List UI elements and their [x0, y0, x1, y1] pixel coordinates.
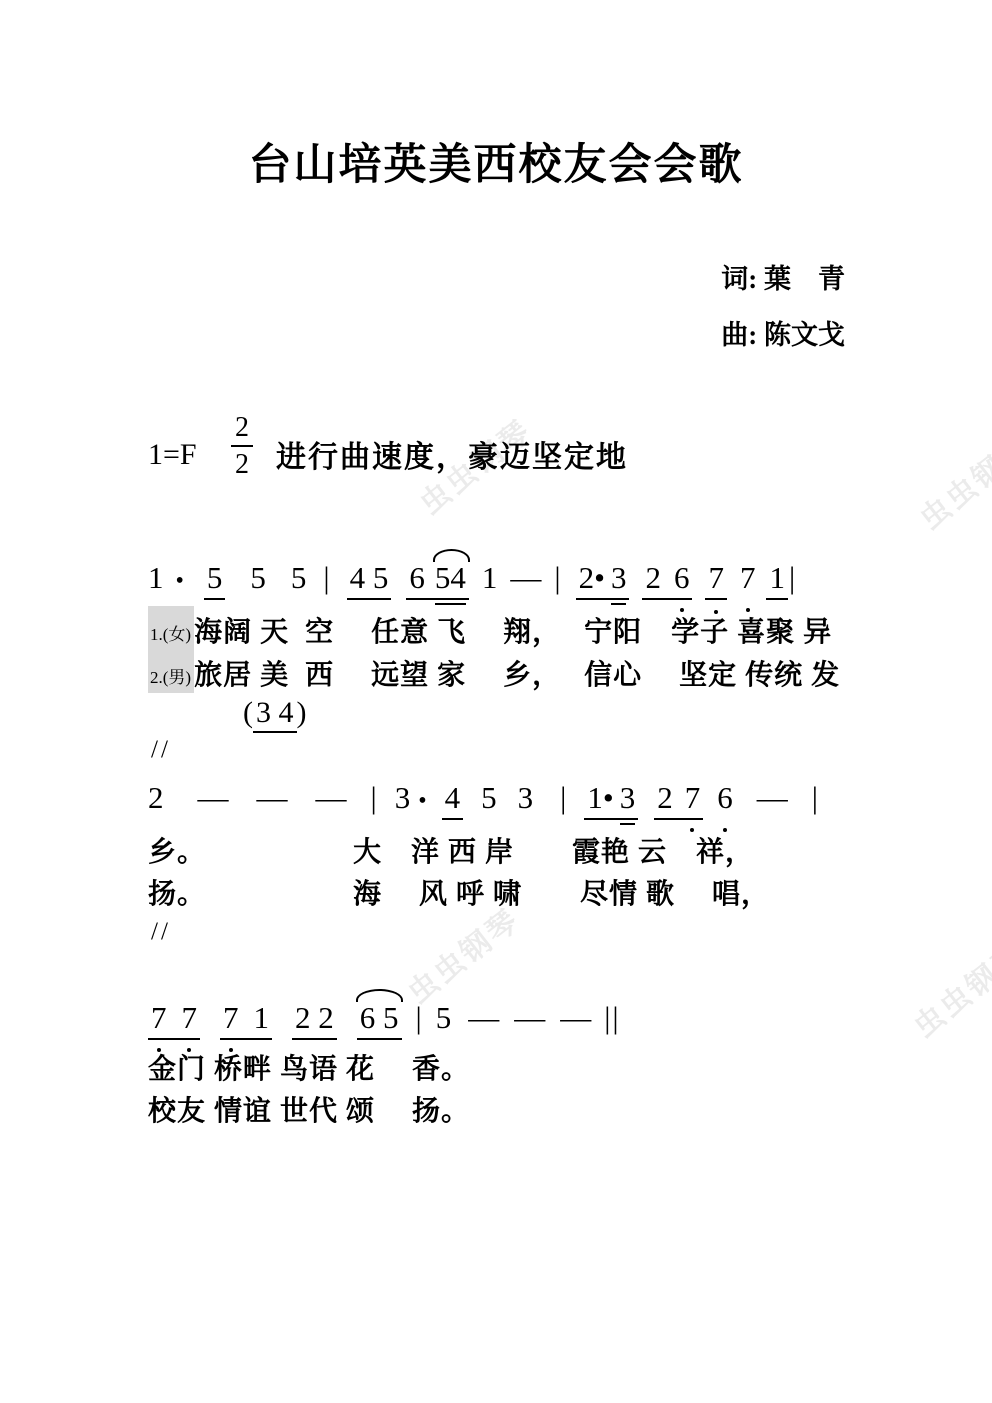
augmentation-dot: • — [176, 568, 184, 596]
note: 6 — [717, 780, 733, 816]
breath-mark: // — [151, 736, 171, 764]
note: 5 — [481, 780, 497, 816]
lyric-text: 海阔 天 空 任意 飞 翔， 宁阳 学子 喜聚 异 — [194, 616, 832, 650]
note: 3 — [611, 560, 627, 596]
beam-group: 6 5 — [357, 1000, 402, 1040]
note: 2• — [579, 560, 605, 596]
lyric-row: 乡。 大 洋 西 岸 霞艳 云 祥， — [148, 836, 754, 870]
beam-group: 6 54 — [406, 560, 469, 600]
beam-group: 7 7 — [148, 1000, 200, 1040]
dash: — — [560, 1000, 591, 1036]
note: 4 — [442, 780, 464, 820]
note: 7 — [740, 560, 756, 596]
time-signature-numerator: 2 — [227, 413, 257, 442]
note: 6 — [409, 560, 425, 596]
barline: | — [371, 780, 379, 816]
slur-arc — [356, 989, 403, 1002]
dash: — — [757, 780, 788, 816]
beam-group: 2• 3 — [576, 560, 630, 600]
note: 7 — [685, 780, 701, 816]
lyric-text: 校友 情谊 世代 颂 扬。 — [148, 1095, 470, 1129]
note: 3 — [395, 780, 411, 816]
breath-mark: // — [151, 918, 171, 946]
pickup-notes: (3 4) — [243, 696, 307, 730]
lyric-text: 旅居 美 西 远望 家 乡， 信心 坚定 传统 发 — [194, 659, 840, 693]
note: 2 — [657, 780, 673, 816]
barline: | — [789, 560, 797, 596]
time-signature: 2 2 — [227, 413, 257, 480]
music-line-3: 7 7 7 1 2 2 6 5 | 5 — — — || — [148, 1000, 621, 1040]
sheet-music-page: 虫虫钢琴 虫虫钢琴 虫虫钢琴 虫虫钢琴 台山培英美西校友会会歌 词: 葉 青 曲… — [0, 0, 992, 1403]
end-barline: || — [604, 1000, 620, 1036]
barline: | — [812, 780, 820, 816]
dash: — — [468, 1000, 499, 1036]
note: 1 — [766, 560, 788, 600]
lyric-row: 金门 桥畔 鸟语 花 香。 — [148, 1053, 470, 1087]
verse-label: 2.(男) — [148, 649, 194, 693]
augmentation-dot: • — [418, 788, 426, 816]
music-line-1: 1 • 5 5 5 | 4 5 6 54 1 — | 2• 3 2 6 7 7 … — [148, 560, 797, 600]
lyric-row: 2.(男) 旅居 美 西 远望 家 乡， 信心 坚定 传统 发 — [148, 649, 840, 693]
barline: | — [554, 560, 562, 596]
lyric-text: 乡。 大 洋 西 岸 霞艳 云 祥， — [148, 836, 754, 870]
watermark: 虫虫钢琴 — [396, 896, 527, 1012]
note: 5 — [250, 560, 266, 596]
lyric-row: 扬。 海 风 呼 啸 尽情 歌 唱， — [148, 878, 770, 912]
note: 7 — [705, 560, 727, 600]
dash: — — [198, 780, 229, 816]
beam-group: 2 2 — [292, 1000, 337, 1040]
verse-label: 1.(女) — [148, 606, 194, 650]
barline: | — [560, 780, 568, 816]
barline: | — [323, 560, 331, 596]
slur-arc — [433, 549, 470, 562]
page-title: 台山培英美西校友会会歌 — [0, 131, 992, 192]
watermark: 虫虫钢琴 — [902, 930, 992, 1046]
note: 5 — [204, 560, 226, 600]
music-line-2: 2 — — — | 3 • 4 5 3 | 1• 3 2 7 6 — | — [148, 780, 820, 820]
watermark: 虫虫钢琴 — [908, 422, 992, 538]
note: 6 — [674, 560, 690, 596]
note: 7 — [151, 1000, 167, 1036]
time-signature-denominator: 2 — [227, 450, 257, 479]
lyric-text: 扬。 海 风 呼 啸 尽情 歌 唱， — [148, 878, 770, 912]
beam-group: 2 7 — [654, 780, 703, 820]
note: 2 — [645, 560, 661, 596]
beam-group: 1• 3 — [584, 780, 638, 820]
lyric-row: 1.(女) 海阔 天 空 任意 飞 翔， 宁阳 学子 喜聚 异 — [148, 606, 832, 650]
lyric-row: 校友 情谊 世代 颂 扬。 — [148, 1095, 470, 1129]
dash: — — [257, 780, 288, 816]
beam-group: 7 1 — [220, 1000, 272, 1040]
beam-group: 3 4 — [253, 696, 297, 733]
key-signature: 1=F — [148, 438, 197, 472]
dash: — — [510, 560, 541, 596]
note: 7 — [223, 1000, 239, 1036]
note: 2 — [148, 780, 164, 816]
note: 5 — [436, 1000, 452, 1036]
lyric-text: 金门 桥畔 鸟语 花 香。 — [148, 1053, 470, 1087]
lyricist-credit: 词: 葉 青 — [721, 257, 845, 296]
dash: — — [514, 1000, 545, 1036]
tempo-marking: 进行曲速度，豪迈坚定地 — [276, 432, 628, 476]
note: 1 — [482, 560, 498, 596]
composer-credit: 曲: 陈文戈 — [721, 313, 845, 352]
barline: | — [416, 1000, 424, 1036]
note: 3 — [518, 780, 534, 816]
note: 7 — [182, 1000, 198, 1036]
note: 5 — [291, 560, 307, 596]
note: 1• — [587, 780, 613, 816]
note: 1 — [254, 1000, 270, 1036]
dash: — — [316, 780, 347, 816]
note: 1 — [148, 560, 164, 596]
note: 3 — [620, 780, 636, 816]
note: 6 5 — [360, 1000, 399, 1036]
beam-group: 2 6 — [642, 560, 692, 600]
fraction-line — [231, 445, 253, 447]
beam-group: 4 5 — [347, 560, 392, 600]
paren-close: ) — [297, 696, 307, 729]
paren-open: ( — [243, 696, 253, 729]
note: 54 — [435, 560, 466, 596]
